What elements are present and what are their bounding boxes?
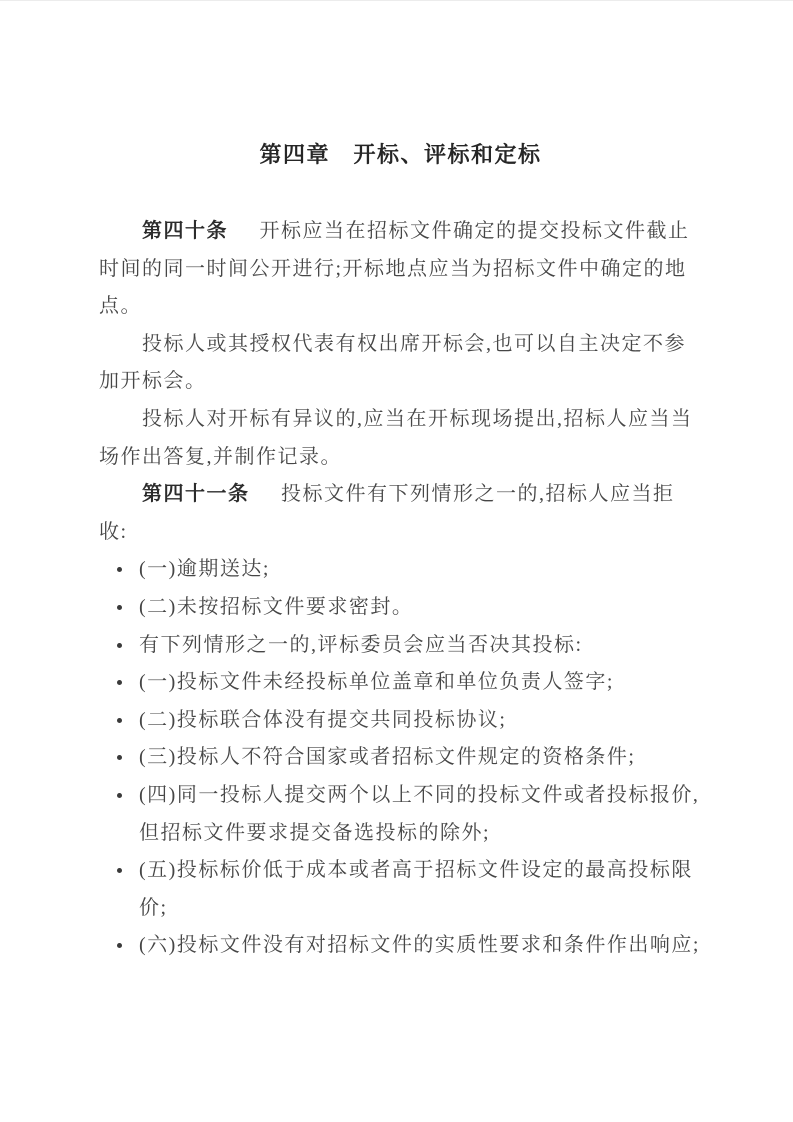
list-item: 有下列情形之一的,评标委员会应当否决其投标: bbox=[139, 627, 702, 665]
bullet-dot-icon bbox=[117, 943, 122, 948]
article-40-number: 第四十条 bbox=[142, 220, 228, 242]
article-40-paragraph: 第四十条 开标应当在招标文件确定的提交投标文件截止时间的同一时间公开进行;开标地… bbox=[99, 213, 702, 326]
bullet-dot-icon bbox=[117, 680, 122, 685]
list-item-text: (三)投标人不符合国家或者招标文件规定的资格条件; bbox=[139, 746, 635, 768]
bullet-dot-icon bbox=[117, 868, 122, 873]
list-item: (四)同一投标人提交两个以上不同的投标文件或者投标报价,但招标文件要求提交备选投… bbox=[139, 777, 702, 852]
list-item-text: (二)投标联合体没有提交共同投标协议; bbox=[139, 709, 506, 731]
document-page: 第四章 开标、评标和定标 第四十条 开标应当在招标文件确定的提交投标文件截止时间… bbox=[0, 0, 793, 1122]
article-40-subparagraph-2: 投标人对开标有异议的,应当在开标现场提出,招标人应当当场作出答复,并制作记录。 bbox=[99, 401, 702, 476]
list-item-text: (二)未按招标文件要求密封。 bbox=[139, 596, 413, 618]
list-item-text: (一)投标文件未经投标单位盖章和单位负责人签字; bbox=[139, 671, 614, 693]
chapter-title: 第四章 开标、评标和定标 bbox=[99, 142, 702, 168]
bullet-dot-icon bbox=[117, 793, 122, 798]
bullet-dot-icon bbox=[117, 643, 122, 648]
list-item-text: (五)投标标价低于成本或者高于招标文件设定的最高投标限价; bbox=[139, 859, 693, 919]
list-item: (二)投标联合体没有提交共同投标协议; bbox=[139, 702, 702, 740]
bullet-dot-icon bbox=[117, 567, 122, 572]
list-item: (二)未按招标文件要求密封。 bbox=[139, 589, 702, 627]
list-item: (五)投标标价低于成本或者高于招标文件设定的最高投标限价; bbox=[139, 852, 702, 927]
list-item: (一)投标文件未经投标单位盖章和单位负责人签字; bbox=[139, 664, 702, 702]
article-40-subparagraph-1: 投标人或其授权代表有权出席开标会,也可以自主决定不参加开标会。 bbox=[99, 326, 702, 401]
bullet-dot-icon bbox=[117, 605, 122, 610]
list-item: (一)逾期送达; bbox=[139, 551, 702, 589]
article-41-number: 第四十一条 bbox=[142, 483, 250, 505]
list-item-text: (四)同一投标人提交两个以上不同的投标文件或者投标报价,但招标文件要求提交备选投… bbox=[139, 784, 699, 844]
list-item: (三)投标人不符合国家或者招标文件规定的资格条件; bbox=[139, 739, 702, 777]
bullet-dot-icon bbox=[117, 718, 122, 723]
list-item-text: 有下列情形之一的,评标委员会应当否决其投标: bbox=[139, 634, 583, 656]
article-41-paragraph: 第四十一条 投标文件有下列情形之一的,招标人应当拒收: bbox=[99, 476, 702, 551]
list-item: (六)投标文件没有对招标文件的实质性要求和条件作出响应; bbox=[139, 927, 702, 965]
list-item-text: (一)逾期送达; bbox=[139, 558, 270, 580]
list-item-text: (六)投标文件没有对招标文件的实质性要求和条件作出响应; bbox=[139, 934, 700, 956]
bullet-dot-icon bbox=[117, 755, 122, 760]
clause-list: (一)逾期送达; (二)未按招标文件要求密封。 有下列情形之一的,评标委员会应当… bbox=[99, 551, 702, 965]
